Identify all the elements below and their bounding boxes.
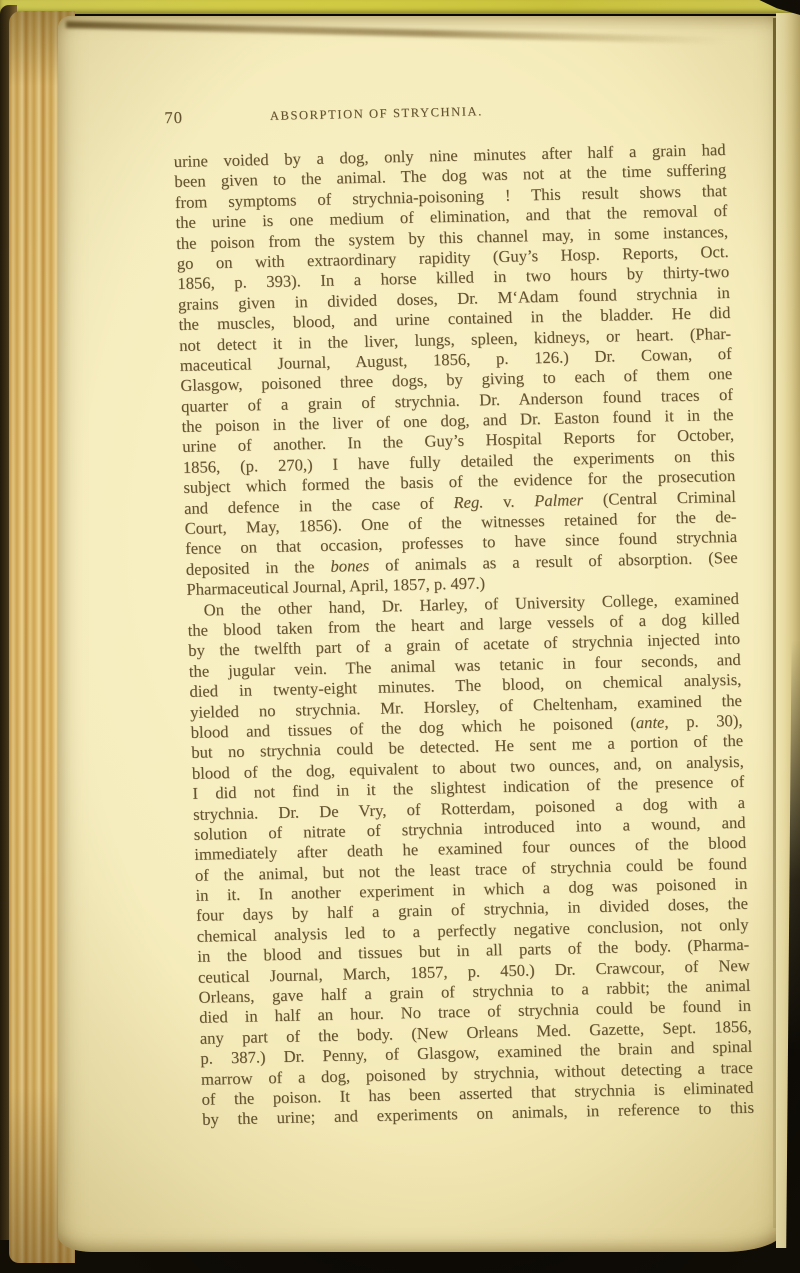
page-number: 70 bbox=[164, 108, 183, 128]
book-photo: 70 ABSORPTION OF STRYCHNIA. urine voided… bbox=[0, 0, 800, 1273]
book-cover-top-edge bbox=[0, 0, 800, 14]
body-text: urine voided by a dog, only nine minutes… bbox=[173, 132, 754, 1131]
printed-text-block: 70 ABSORPTION OF STRYCHNIA. urine voided… bbox=[172, 90, 754, 1131]
running-head: ABSORPTION OF STRYCHNIA. bbox=[270, 104, 483, 124]
